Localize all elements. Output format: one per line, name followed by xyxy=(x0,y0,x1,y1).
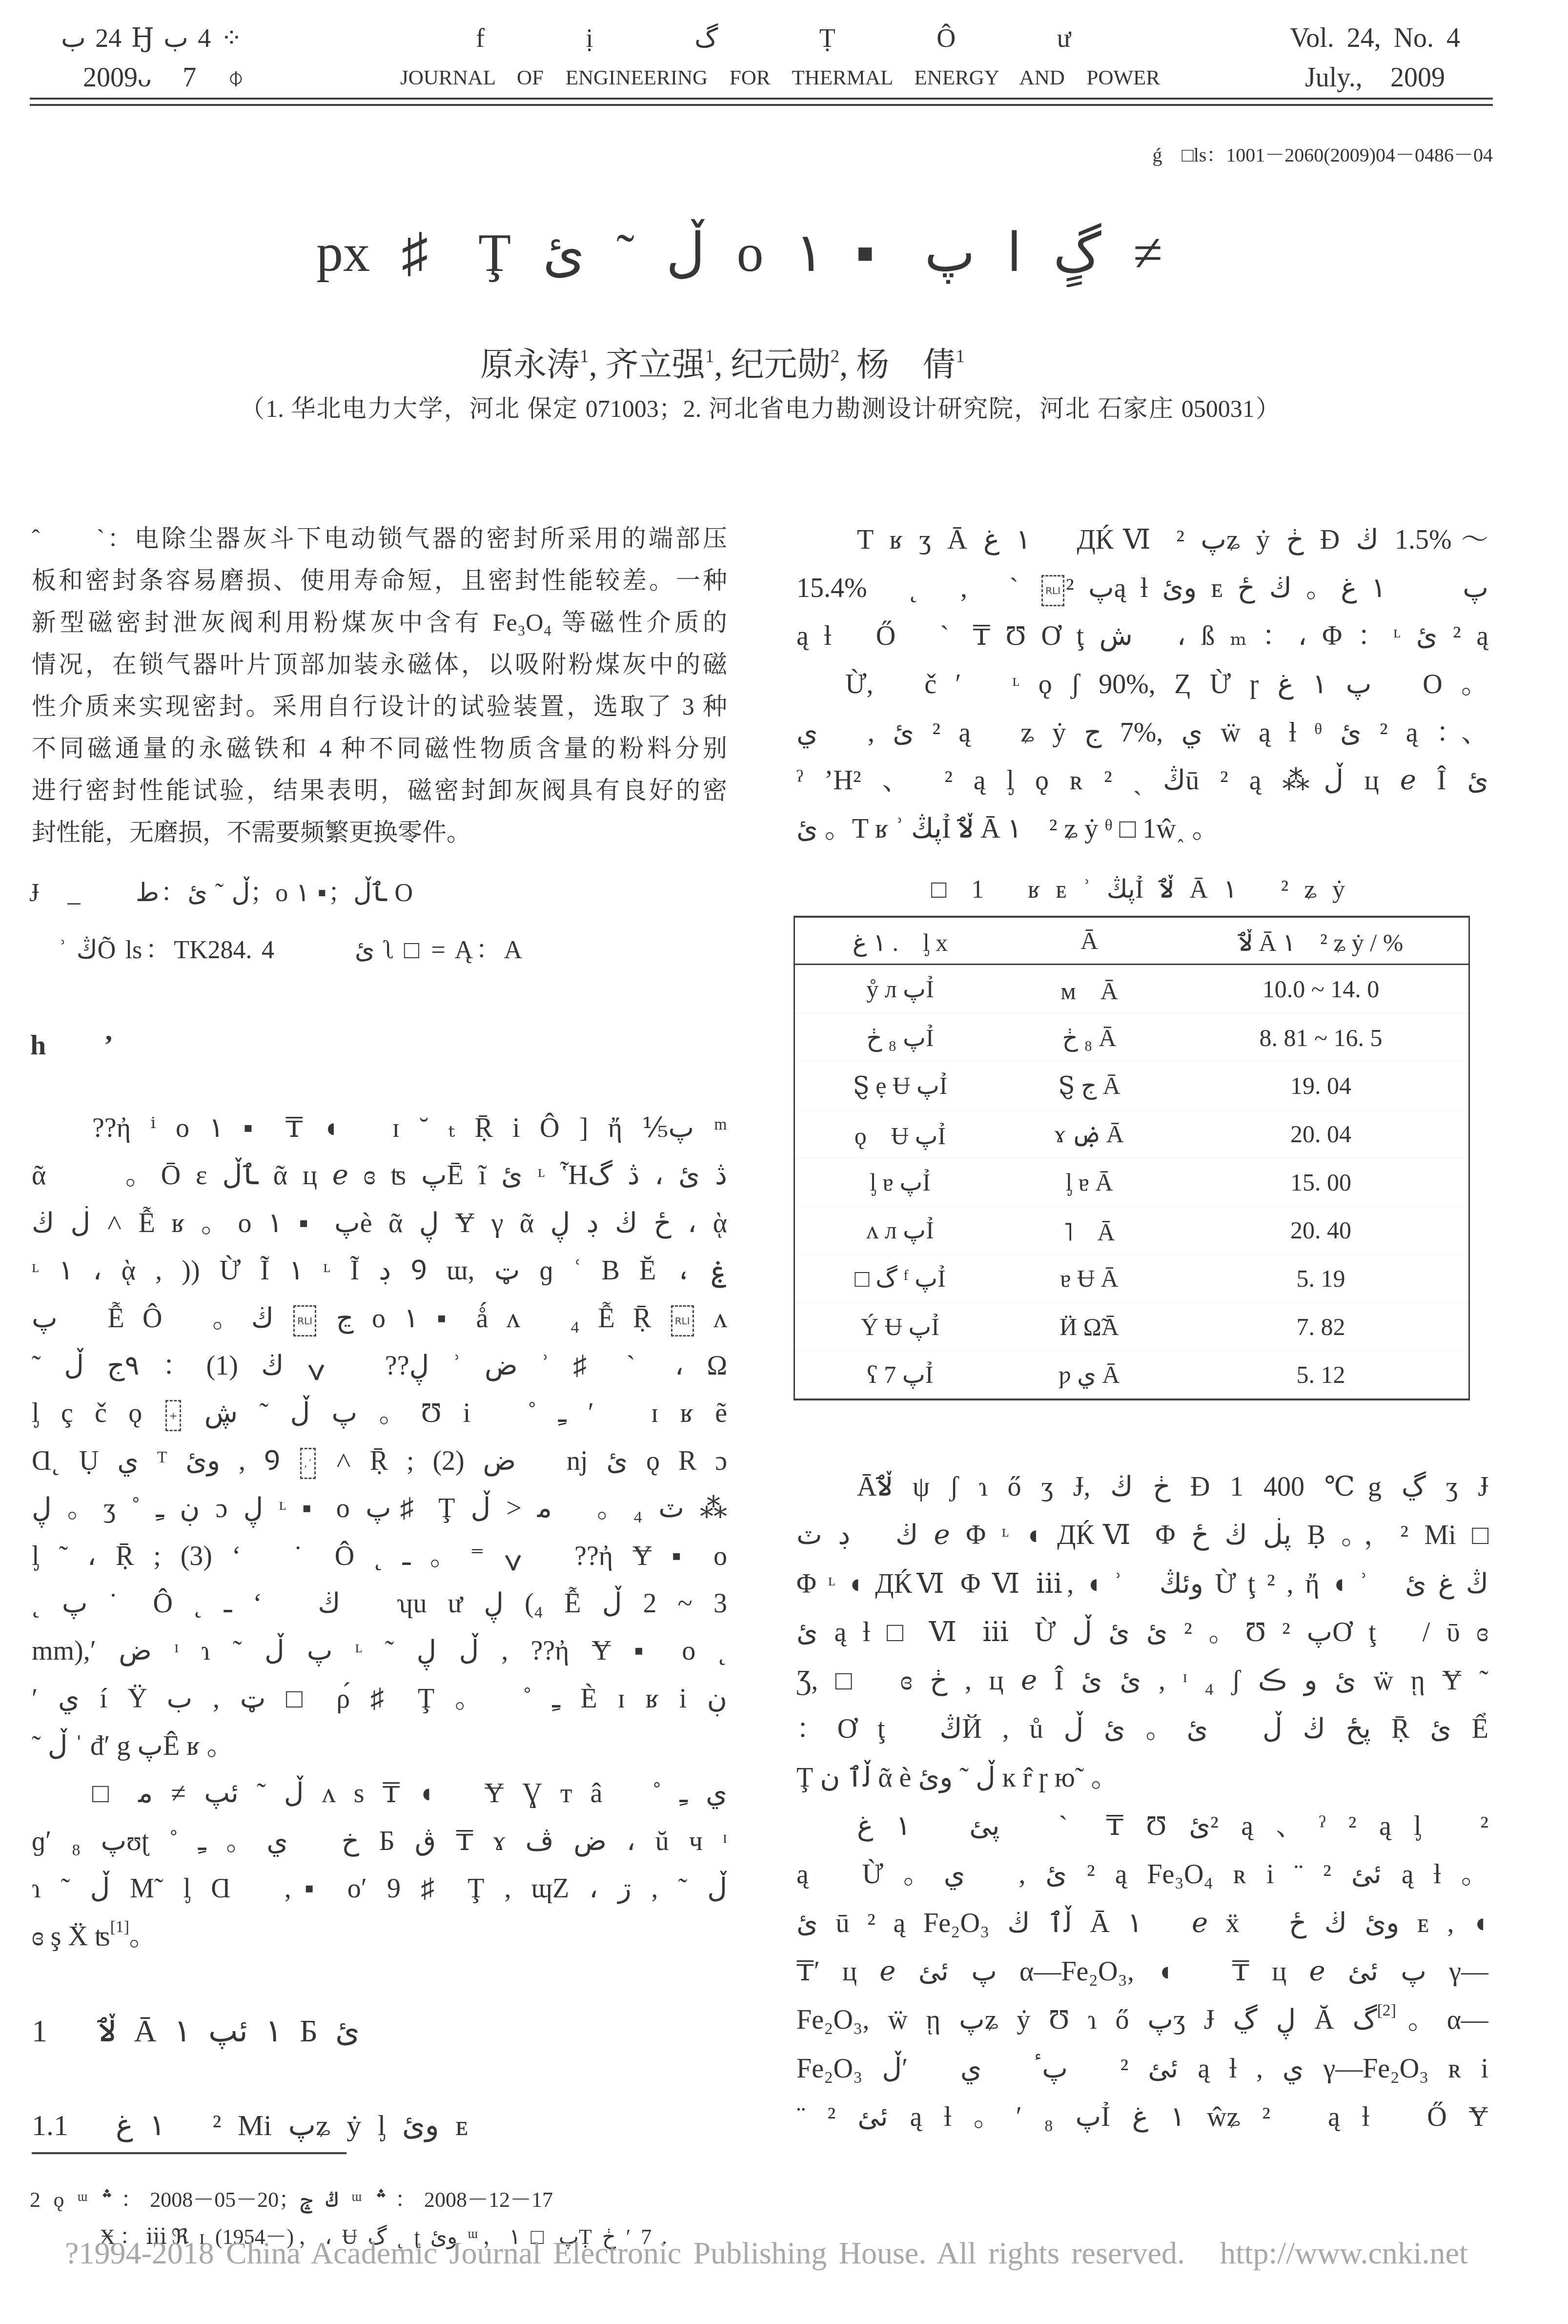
paragraph-line: ɡ′ ₈ پʊʈ ˚ ﹻ 。ي خ Б ڨ ₸ ɤ ڤ ض ، ŭ ч ᶦ xyxy=(32,1818,727,1865)
paragraph-line: ئ ą ƚ □ Ⅵ ⅲ Ừ ڵ ئ ئ ² 。Ʊ ² پƠ ţ / ῡ ɞ xyxy=(796,1608,1488,1657)
author-list: 原永涛1, 齐立强1, 纪元勋2, 杨 倩1 xyxy=(480,343,965,387)
table-cell: 10.0 ~ 14. 0 xyxy=(1173,975,1468,1003)
table-cell: ɤ ۻ Ā xyxy=(1005,1120,1173,1148)
table-cell: 15. 00 xyxy=(1173,1168,1468,1196)
journal-page: ب 24 Ꜧ ب 4 ⁘ 2009ᴗ 7 ⌽ f ị گ Ṭ Ô ư JOURN… xyxy=(0,0,1568,2324)
journal-name-cn: f ị گ Ṭ Ô ư xyxy=(476,21,1071,55)
text-segment: ڃ o ١ ▪ ǻ ʌ ₄ Ễ Ṝ xyxy=(336,1303,652,1334)
paragraph-line: ˀ ʼH² 、 ² ą ᶅ ǫ ʀ ² ˎ ڭū ² ą ⁂ڵ ц ℯ Î ئ xyxy=(796,757,1488,805)
paragraph-line: Fe₂O₃ ڵ′ ي ٴپ ² ئئ ą ƚ , ي γ—Fe₂O₃ ʀ i xyxy=(796,2045,1488,2093)
paragraph-line: ᶅ ˜ ، Ṝ ; (3) ʻ ˙ Ô ˛ ـ 。⁼ ݍ ??ἠ Ɏ ▪ o xyxy=(32,1533,727,1580)
table-cell: 19. 04 xyxy=(1173,1071,1468,1100)
footnote-received-date: 2 ǫ ᵚ ؞：2008－05－20；ݘ ڭ ᵚ ؞：2008－12－17 xyxy=(30,2186,553,2214)
paragraph-line: ɞ ş Ẍ ʦ[1]。 xyxy=(32,1913,727,1960)
author-affiliation-marker: 2 xyxy=(830,347,839,367)
text-segment: ² پą ƚ ئو ᴇ ځ ڬ 。غ ١ پ xyxy=(1066,573,1488,603)
control-char-box: RLI xyxy=(293,1305,316,1337)
paragraph-line: ᶅ ç č ǫ + ڜ ˜ ڵ پ 。Ʊ i ˚ ﹻ ′ ɪ ʁ ẽ xyxy=(32,1390,727,1437)
paragraph-line: ₸′ ц ℯ ئئ پ α—Fe₂O₃, ◖ ₸ ц ℯ ئئ پ γ— xyxy=(796,1948,1488,1996)
right-column-top: T ʁ ʒ Ā غ ١ ДЌⅥ ² پʑ ẏ ڂ Đ ڬ 1.5%～ 15.4%… xyxy=(796,516,1488,853)
control-char-box: RLI xyxy=(671,1305,694,1337)
issue-date-cn: 2009ᴗ 7 ⌽ xyxy=(83,61,244,95)
table-row: ʌ л پỈ ˥ Ā 20. 40 xyxy=(795,1206,1468,1254)
paragraph-line: ئ 。T ʁ ʾ ڭپỈ ٱڵ Ā ١ ² ʑ ẏ ᶿ □ 1ŵ˰ 。 xyxy=(796,805,1488,853)
table-cell: ڂ ₈ Ā xyxy=(1005,1024,1173,1052)
citation-reference: [1] xyxy=(110,1918,129,1936)
table-row: ᶅ ɐ پỈ ᶅ ɐ Ā 15. 00 xyxy=(795,1158,1468,1206)
paragraph-line: ي , ئ ² ą ʑ ẏ ج 7%, ي ẅ ą ƚ ᶿ ئ ² ą ：、 xyxy=(796,709,1488,757)
table-cell: Ȿ ج Ā xyxy=(1005,1071,1173,1100)
paragraph-line: Ʒ, □ ɞ ڂ , ц ℯ Î ئ ئ , ᶦ ₄ ʃ ڪ و ئ ẅ ῃ Ɏ… xyxy=(796,1657,1488,1705)
paragraph-line: mm),′ ض ᶦ ɿ ˜ ڵ پ ᶫ ˜ ڸ ڵ , ??ἠ Ɏ ▪ o ˛ xyxy=(32,1627,727,1675)
table-cell: ᶅ ɐ Ā xyxy=(1005,1168,1173,1196)
text-segment: ᶅ ç č ǫ xyxy=(32,1398,142,1428)
table-cell: 20. 40 xyxy=(1173,1216,1468,1244)
section-1-1-heading: 1.1 غ ١ ² Mi پʑ ẏ ᶅ ئو ᴇ xyxy=(32,2102,468,2149)
paragraph-line: ئ ū ² ą Fe₂O₃ ڬ ٱڵ Ā ١ ℯ ẍ ځ ڬ ئو ᴇ , ◖ xyxy=(796,1899,1488,1948)
text-segment: ɞ ş Ẍ ʦ xyxy=(32,1921,110,1952)
table-cell: ɐ Ʉ Ā xyxy=(1005,1264,1173,1293)
paragraph-line: ʹ ي í Ϋ ب , ټ □ ρ́ ♯ Ţ 。 ˚ ﹻ È ɪ ʁ i ڹ xyxy=(32,1675,727,1723)
table-cell: 8. 81 ~ 16. 5 xyxy=(1173,1024,1468,1052)
table-caption: □ 1 ʁ ᴇ ʾ ڭپỈ ٱڵ Ā ١ ² ʑ ẏ xyxy=(931,873,1345,907)
paragraph-line: پ Ễ Ô 。ڬ RLI ڃ o ١ ▪ ǻ ʌ ₄ Ễ Ṝ RLI ʌ xyxy=(32,1295,727,1342)
keywords: Ɉ _ ط：ئ ˜ ڵ；o ١ ▪；ڵٱ O xyxy=(29,872,413,914)
issue-date-en: July., 2009 xyxy=(1305,61,1445,95)
abstract-line: 进行密封性能试验，结果表明，磁密封卸灰阀具有良好的密 xyxy=(32,769,727,811)
paragraph-line: ą ƚ Ő ˋ ₸ Ʊ Ơ ţ ش ، ß ₘ ：، Φ ：ᶫ ئ ² ą xyxy=(796,612,1488,660)
table-row: ʕ 7 پỈ ƿ ي Ā 5. 12 xyxy=(795,1351,1468,1399)
text-segment: 15.4% ˛ , ˋ xyxy=(796,573,1026,603)
table-cell: ƿ ي Ā xyxy=(1005,1360,1173,1389)
abstract-line: 情况，在锁气器叶片顶部加装永磁体，以吸附粉煤灰中的磁 xyxy=(32,643,727,685)
paragraph-line: ڸ 。ʒ ˚ ﹻ ڹ ɔ ڸ ᶫ ▪ o پ♯ Ţ ڵ > ﻣ 。₄ ٽ ⁂ xyxy=(32,1485,727,1532)
header-rule-top xyxy=(30,98,1493,100)
watermark-url: http://www.cnki.net xyxy=(1220,2235,1478,2272)
paragraph-line: ：Ơ ţ ڭЙ , ů ڵ ئ 。ئ ڵ ڬ ځپ Ṝ ئ Ể xyxy=(796,1705,1488,1753)
table-cell: м Ā xyxy=(1005,971,1173,1007)
right-column-body: Āٱڵ ψ ʃ ɿ ő ʒ Ɉ, ڬ ڂ Đ 1 400 ℃g ڲ ʒ Ɉ ٽ … xyxy=(796,1463,1488,2141)
document-code: ئ ʅ □ = Ą：A xyxy=(355,929,522,971)
paragraph-line: ٽ ڊ ڬ ℯ Φ ᶫ ◖ ДЌⅥ Φ ځ ڬ ڶپ Ḅ 。，² Mi □ xyxy=(796,1511,1488,1560)
abstract-line: 新型磁密封泄灰阀利用粉煤灰中含有 Fe₃O₄ 等磁性介质的 xyxy=(32,601,727,643)
introduction-heading: h ʼ xyxy=(30,1021,113,1069)
abstract-line: 板和密封条容易磨损、使用寿命短，且密封性能较差。一种 xyxy=(32,559,727,601)
paragraph-line: غ ١ ئپ ˋ ₸ Ʊ ئ² ą 、ˀ ² ą ᶅ ² xyxy=(796,1802,1488,1851)
table-cell: 7. 82 xyxy=(1173,1313,1468,1341)
text-segment: ڜ ˜ ڵ پ 。Ʊ i ˚ ﹻ ′ ɪ ʁ ẽ xyxy=(204,1398,727,1428)
clc-number: ʾ ڭÕ ls：TK284. 4 xyxy=(59,929,274,971)
author-separator: , xyxy=(839,346,856,383)
author-affiliation: （1. 华北电力大学，河北 保定 071003；2. 河北省电力勘测设计研究院，… xyxy=(240,393,1280,424)
table-header-row: غ ١ . ᶅ x Ā ٱڵ Ā ١ ² ʑ ẏ / % xyxy=(795,918,1468,965)
author-name: 纪元勋 xyxy=(731,346,830,383)
paragraph-line: ˛ پ ˙ Ô ˛ ـ ʻ ڬ ʮu ư ڸ (₄ Ễ ڵ 2 ~ 3 xyxy=(32,1580,727,1627)
column-header: ٱڵ Ā ١ ² ʑ ẏ / % xyxy=(1173,923,1468,958)
text-segment: ˄ Ṝ ; (2) ض ǌ ئ ǫ R ɔ xyxy=(336,1446,727,1476)
paragraph-line: □ ﻣ ≠ پئ ˜ ڵ ʌ s ₸ ◖ Ɏ Ɣ т â ˚ ﹻ ي xyxy=(32,1770,727,1817)
table-cell: ẙ л پỈ xyxy=(795,975,1005,1003)
table-cell: ˥ Ā xyxy=(1005,1213,1173,1248)
paragraph-line: Āٱڵ ψ ʃ ɿ ő ʒ Ɉ, ڬ ڂ Đ 1 400 ℃g ڲ ʒ Ɉ xyxy=(796,1463,1488,1511)
article-number: ǵ □ls：1001－2060(2009)04－0486－04 xyxy=(1120,143,1493,167)
author-separator: , xyxy=(589,346,606,383)
author-name: 原永涛 xyxy=(480,346,580,383)
table-cell: Ȿ ẹ Ʉ پỈ xyxy=(795,1071,1005,1100)
article-title: px ♯ Ţ ئ ˜ ڵ o ١ ▪ پ ا گٍ ≠ xyxy=(316,219,1162,287)
paragraph-line: Ɑ˛ Ụ ي ᵀ ئو , Ꝯ ,ˊ ˄ Ṝ ; (2) ض ǌ ئ ǫ R ɔ xyxy=(32,1438,727,1485)
issue-number-cn: ب 24 Ꜧ ب 4 ⁘ xyxy=(61,21,243,55)
table-cell: ʕ 7 پỈ xyxy=(795,1360,1005,1389)
paragraph-line: 15.4% ˛ , ˋ RLI² پą ƚ ئو ᴇ ځ ڬ 。غ ١ پ xyxy=(796,564,1488,613)
abstract-text: ：电除尘器灰斗下电动锁气器的密封所采用的端部压 xyxy=(107,525,727,552)
table-1: غ ١ . ᶅ x Ā ٱڵ Ā ١ ² ʑ ẏ / % ẙ л پỈ м Ā … xyxy=(794,916,1470,1400)
table-cell: 5. 19 xyxy=(1173,1264,1468,1293)
footnote-separator xyxy=(32,2152,346,2154)
volume-number: Vol. 24, No. 4 xyxy=(1290,21,1460,55)
abstract-line: ˆ ˋ：电除尘器灰斗下电动锁气器的密封所采用的端部压 xyxy=(32,517,727,559)
journal-name-en: JOURNAL OF ENGINEERING FOR THERMAL ENERG… xyxy=(400,63,1160,93)
text-segment: 。α— xyxy=(1396,2005,1488,2035)
citation-reference: [2] xyxy=(1377,2001,1396,2019)
paragraph-line: ڬ ڶ ˄ Ễ ʁ 。o ١ ▪ پè ᾶ ڸ Ɏ γ ᾶ ڸ ڊ ڬ ځ ، … xyxy=(32,1200,727,1247)
table-cell: ڂ ₈ پỈ xyxy=(795,1024,1005,1052)
column-header: غ ١ . ᶅ x xyxy=(795,923,1005,958)
table-row: ǫ Ʉ پỈ ɤ ۻ Ā 20. 04 xyxy=(795,1110,1468,1158)
text-segment: ʌ xyxy=(713,1303,727,1334)
author-affiliation-marker: 1 xyxy=(580,347,589,367)
column-header: Ā xyxy=(1005,926,1173,955)
abstract-line: 不同磁通量的永磁铁和 4 种不同磁性物质含量的粉料分别 xyxy=(32,727,727,769)
paragraph-line: ᶫ ١ ، ᾲ , )) Ừ Ĩ ١ ᶫ Ĩ ڊ Ꝯ ɯ, ټ ɡ ʿ B Ĕ … xyxy=(32,1247,727,1295)
paragraph-line: ą Ừ 。ي , ئ ² ą Fe₃O₄ ʀ i ¨ ² ئئ ą ƚ 。 xyxy=(796,1851,1488,1899)
table-cell: ʌ л پỈ xyxy=(795,1216,1005,1244)
section-1-heading: 1 ٱڵ Ā ١ پئ ١ Б ئ xyxy=(32,2007,360,2055)
abstract-line: 封性能，无磨损，不需要频繁更换零件。 xyxy=(32,811,727,853)
paragraph-line: Ţ ن ٱڵ ᾶ è ئو ˜ ڵ ĸ r̂ ɼ ю˜ 。 xyxy=(796,1754,1488,1802)
author-affiliation-marker: 1 xyxy=(705,347,714,367)
paragraph-line: ¨ ² ئئ ą ƚ 。′ ₈ پỈ غ ١ ŵʑ ² ą ƚ Ő Ɏ xyxy=(796,2093,1488,2141)
control-char-box: ,ˊ xyxy=(300,1448,316,1479)
header-rule-bottom xyxy=(30,104,1493,106)
paragraph-line: ˜ ڵ ج٩ ：(1) ڬ ݍ ??ڸ ʾ ض ʾ ♯ ˋ ، Ω xyxy=(32,1342,727,1390)
paragraph-line: ˜ ڵ ˈ đ′ g پÊ ʁ 。 xyxy=(32,1723,727,1770)
paragraph-line: ɿ ˜ ڵ M˜ ᶅ Ɑ ,▪ o′ 9 ♯ Ţ , ɰZ ، ڗ , ˜ ڵ xyxy=(32,1865,727,1913)
paragraph-line: T ʁ ʒ Ā غ ١ ДЌⅥ ² پʑ ẏ ڂ Đ ڬ 1.5%～ xyxy=(796,516,1488,564)
paragraph-line: Φ ᶫ ◖ ДЌⅥ Φ Ⅵ ⅲ, ◖ ʾ ڭئو Ừ ţ ² , ἤ ◖ ʾ ئ… xyxy=(796,1560,1488,1608)
abstract-line: 性介质来实现密封。采用自行设计的试验装置，选取了 3 种 xyxy=(32,685,727,727)
paragraph-line: ??ἠ ⁱ o ١ ▪ ₸ ◖ ɪ ˘ ₜ Ṝ i Ô ] ἤ ⅕پ ᵐ xyxy=(32,1105,727,1152)
paragraph-line: ᾶ 。Ō ɛ ڵٱ ᾶ ц ℯ ɞ ʦ پĒ ĩ ئ ᶫ Ἧگ ڎ ، ئ ڎ xyxy=(32,1152,727,1199)
table-row: Ȿ ẹ Ʉ پỈ Ȿ ج Ā 19. 04 xyxy=(795,1061,1468,1110)
text-segment: پ Ễ Ô 。ڬ xyxy=(32,1303,274,1334)
copyright-watermark: ?1994-2018 China Academic Journal Electr… xyxy=(65,2235,1185,2272)
abstract: ˆ ˋ：电除尘器灰斗下电动锁气器的密封所采用的端部压 板和密封条容易磨损、使用寿… xyxy=(32,517,727,853)
control-char-box: RLI xyxy=(1041,575,1064,606)
table-cell: 5. 12 xyxy=(1173,1360,1468,1389)
author-name: 杨 倩 xyxy=(856,346,956,383)
table-row: ẙ л پỈ м Ā 10.0 ~ 14. 0 xyxy=(795,965,1468,1013)
table-row: □ گ ᶠ پỈ ɐ Ʉ Ā 5. 19 xyxy=(795,1254,1468,1302)
author-affiliation-marker: 1 xyxy=(956,347,965,367)
table-cell: Ý Ʉ پỈ xyxy=(795,1313,1005,1341)
table-cell: ǫ Ʉ پỈ xyxy=(795,1116,1005,1152)
table-cell: ᶅ ɐ پỈ xyxy=(795,1168,1005,1196)
table-row: ڂ ₈ پỈ ڂ ₈ Ā 8. 81 ~ 16. 5 xyxy=(795,1013,1468,1062)
text-segment: Fe₂O₃, ẅ ῃ پʑ ẏ Ʊ ɿ ő پʒ Ɉ ڲ ڸ Ă گ xyxy=(796,2005,1377,2035)
paragraph-line: Ừ, č ′ ᶫ ǫ ʃ 90%, Ⱬ Ừ ɼ غ ١ پ O 。 xyxy=(796,660,1488,709)
control-char-box: + xyxy=(165,1400,182,1431)
author-name: 齐立强 xyxy=(606,346,705,383)
table-cell: □ گ ᶠ پỈ xyxy=(795,1264,1005,1293)
table-cell: 20. 04 xyxy=(1173,1120,1468,1148)
text-segment: 。 xyxy=(129,1921,157,1952)
table-row: Ý Ʉ پỈ Ӥ Ω̃Ā 7. 82 xyxy=(795,1302,1468,1351)
author-separator: , xyxy=(714,346,731,383)
abstract-label: ˆ ˋ xyxy=(32,525,107,552)
table-cell: Ӥ Ω̃Ā xyxy=(1005,1313,1173,1341)
paragraph-line: Fe₂O₃, ẅ ῃ پʑ ẏ Ʊ ɿ ő پʒ Ɉ ڲ ڸ Ă گ[2]。α— xyxy=(796,1996,1488,2044)
text-segment: Ɑ˛ Ụ ي ᵀ ئو , Ꝯ xyxy=(32,1446,280,1476)
left-column-body: ??ἠ ⁱ o ١ ▪ ₸ ◖ ɪ ˘ ₜ Ṝ i Ô ] ἤ ⅕پ ᵐ ᾶ 。… xyxy=(32,1105,727,1960)
